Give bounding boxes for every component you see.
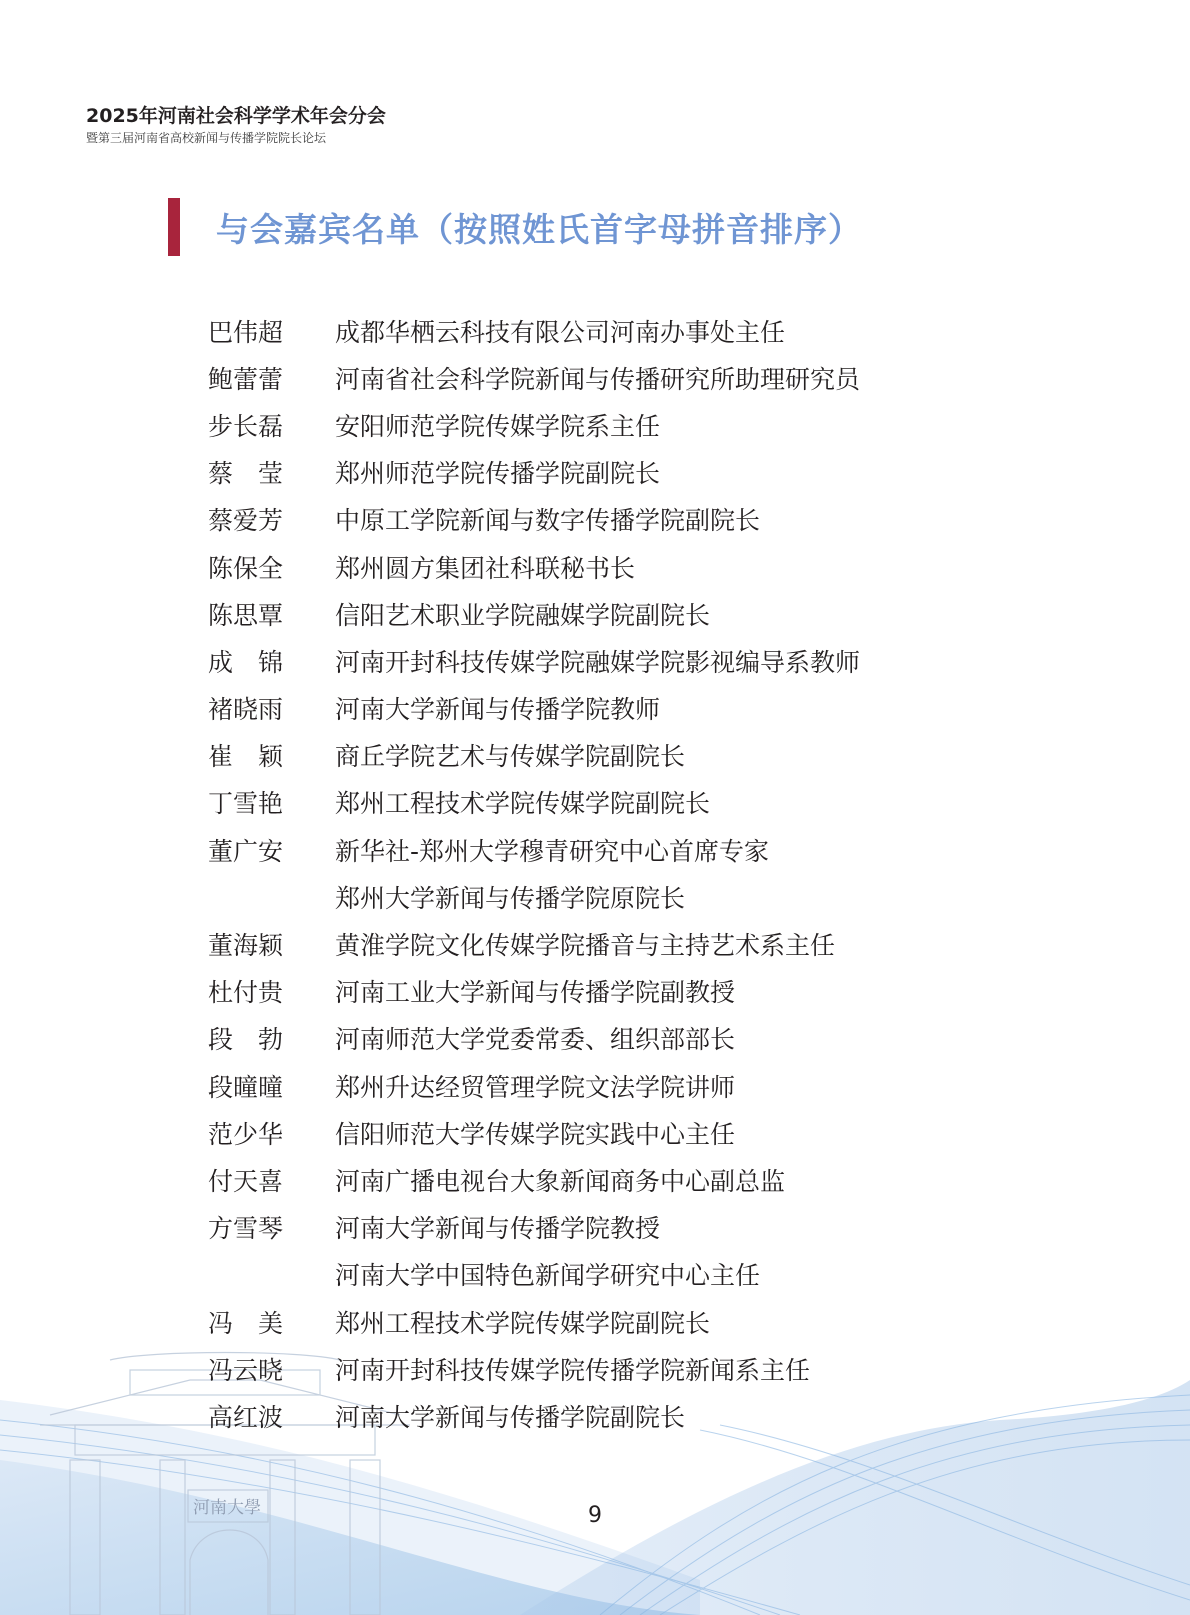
guest-row: 巴伟超成都华栖云科技有限公司河南办事处主任 [208, 307, 860, 354]
guest-name: 冯云晓 [208, 1351, 335, 1387]
guest-row: 付天喜河南广播电视台大象新闻商务中心副总监 [208, 1156, 860, 1203]
guest-name: 杜付贵 [208, 973, 335, 1009]
guest-row: 段 勃河南师范大学党委常委、组织部部长 [208, 1015, 860, 1062]
guest-role: 郑州工程技术学院传媒学院副院长 [335, 784, 710, 820]
guest-name: 董海颖 [208, 926, 335, 962]
guest-role: 郑州师范学院传播学院副院长 [335, 454, 660, 490]
guest-name: 付天喜 [208, 1162, 335, 1198]
guest-row: 董广安新华社-郑州大学穆青研究中心首席专家 [208, 826, 860, 873]
guest-role: 河南大学中国特色新闻学研究中心主任 [335, 1256, 760, 1292]
guest-row: 蔡爱芳中原工学院新闻与数字传播学院副院长 [208, 496, 860, 543]
guest-row: 鲍蕾蕾河南省社会科学院新闻与传播研究所助理研究员 [208, 354, 860, 401]
guest-list: 巴伟超成都华栖云科技有限公司河南办事处主任鲍蕾蕾河南省社会科学院新闻与传播研究所… [208, 307, 860, 1440]
guest-name: 成 锦 [208, 643, 335, 679]
guest-role: 河南开封科技传媒学院融媒学院影视编导系教师 [335, 643, 860, 679]
guest-role: 河南师范大学党委常委、组织部部长 [335, 1020, 735, 1056]
guest-role: 中原工学院新闻与数字传播学院副院长 [335, 501, 760, 537]
guest-row: 崔 颖商丘学院艺术与传媒学院副院长 [208, 732, 860, 779]
guest-name: 鲍蕾蕾 [208, 360, 335, 396]
guest-name: 蔡 莹 [208, 454, 335, 490]
guest-row: 步长磊安阳师范学院传媒学院系主任 [208, 401, 860, 448]
guest-name: 褚晓雨 [208, 690, 335, 726]
guest-name: 冯 美 [208, 1304, 335, 1340]
guest-name: 陈保全 [208, 549, 335, 585]
guest-name: 方雪琴 [208, 1209, 335, 1245]
guest-row: 成 锦河南开封科技传媒学院融媒学院影视编导系教师 [208, 637, 860, 684]
guest-role: 郑州升达经贸管理学院文法学院讲师 [335, 1068, 735, 1104]
guest-role: 信阳师范大学传媒学院实践中心主任 [335, 1115, 735, 1151]
guest-row: 范少华信阳师范大学传媒学院实践中心主任 [208, 1109, 860, 1156]
guest-row: 冯云晓河南开封科技传媒学院传播学院新闻系主任 [208, 1345, 860, 1392]
section-heading: 与会嘉宾名单（按照姓氏首字母拼音排序） [168, 198, 862, 256]
guest-role: 商丘学院艺术与传媒学院副院长 [335, 737, 685, 773]
guest-row: 方雪琴河南大学新闻与传播学院教授 [208, 1204, 860, 1251]
guest-row: 杜付贵河南工业大学新闻与传播学院副教授 [208, 968, 860, 1015]
guest-name: 丁雪艳 [208, 784, 335, 820]
guest-role: 河南省社会科学院新闻与传播研究所助理研究员 [335, 360, 860, 396]
guest-role: 河南大学新闻与传播学院教师 [335, 690, 660, 726]
page-number: 9 [0, 1503, 1190, 1528]
guest-name: 巴伟超 [208, 313, 335, 349]
guest-row: 段曈曈郑州升达经贸管理学院文法学院讲师 [208, 1062, 860, 1109]
guest-row: 陈保全郑州圆方集团社科联秘书长 [208, 543, 860, 590]
guest-row: 郑州大学新闻与传播学院原院长 [208, 873, 860, 920]
document-header: 2025年河南社会科学学术年会分会 暨第三届河南省高校新闻与传播学院院长论坛 [86, 104, 386, 147]
guest-role: 河南开封科技传媒学院传播学院新闻系主任 [335, 1351, 810, 1387]
guest-role: 河南大学新闻与传播学院副院长 [335, 1398, 685, 1434]
guest-name: 段曈曈 [208, 1068, 335, 1104]
guest-name: 蔡爱芳 [208, 501, 335, 537]
guest-role: 河南工业大学新闻与传播学院副教授 [335, 973, 735, 1009]
guest-row: 河南大学中国特色新闻学研究中心主任 [208, 1251, 860, 1298]
guest-row: 董海颖黄淮学院文化传媒学院播音与主持艺术系主任 [208, 920, 860, 967]
guest-row: 丁雪艳郑州工程技术学院传媒学院副院长 [208, 779, 860, 826]
guest-role: 黄淮学院文化传媒学院播音与主持艺术系主任 [335, 926, 835, 962]
heading-accent-bar [168, 198, 180, 256]
guest-role: 信阳艺术职业学院融媒学院副院长 [335, 596, 710, 632]
guest-row: 冯 美郑州工程技术学院传媒学院副院长 [208, 1298, 860, 1345]
guest-name: 高红波 [208, 1398, 335, 1434]
section-title: 与会嘉宾名单（按照姓氏首字母拼音排序） [216, 204, 862, 251]
guest-role: 郑州大学新闻与传播学院原院长 [335, 879, 685, 915]
guest-role: 安阳师范学院传媒学院系主任 [335, 407, 660, 443]
guest-name: 步长磊 [208, 407, 335, 443]
guest-name: 范少华 [208, 1115, 335, 1151]
guest-name: 崔 颖 [208, 737, 335, 773]
guest-role: 郑州圆方集团社科联秘书长 [335, 549, 635, 585]
guest-role: 郑州工程技术学院传媒学院副院长 [335, 1304, 710, 1340]
guest-role: 河南大学新闻与传播学院教授 [335, 1209, 660, 1245]
conference-subtitle: 暨第三届河南省高校新闻与传播学院院长论坛 [86, 129, 386, 147]
guest-role: 成都华栖云科技有限公司河南办事处主任 [335, 313, 785, 349]
guest-role: 河南广播电视台大象新闻商务中心副总监 [335, 1162, 785, 1198]
guest-row: 蔡 莹郑州师范学院传播学院副院长 [208, 449, 860, 496]
guest-row: 褚晓雨河南大学新闻与传播学院教师 [208, 685, 860, 732]
guest-role: 新华社-郑州大学穆青研究中心首席专家 [335, 832, 769, 868]
guest-name: 段 勃 [208, 1020, 335, 1056]
guest-row: 高红波河南大学新闻与传播学院副院长 [208, 1392, 860, 1439]
guest-name: 陈思覃 [208, 596, 335, 632]
guest-name: 董广安 [208, 832, 335, 868]
guest-row: 陈思覃信阳艺术职业学院融媒学院副院长 [208, 590, 860, 637]
conference-title: 2025年河南社会科学学术年会分会 [86, 104, 386, 128]
